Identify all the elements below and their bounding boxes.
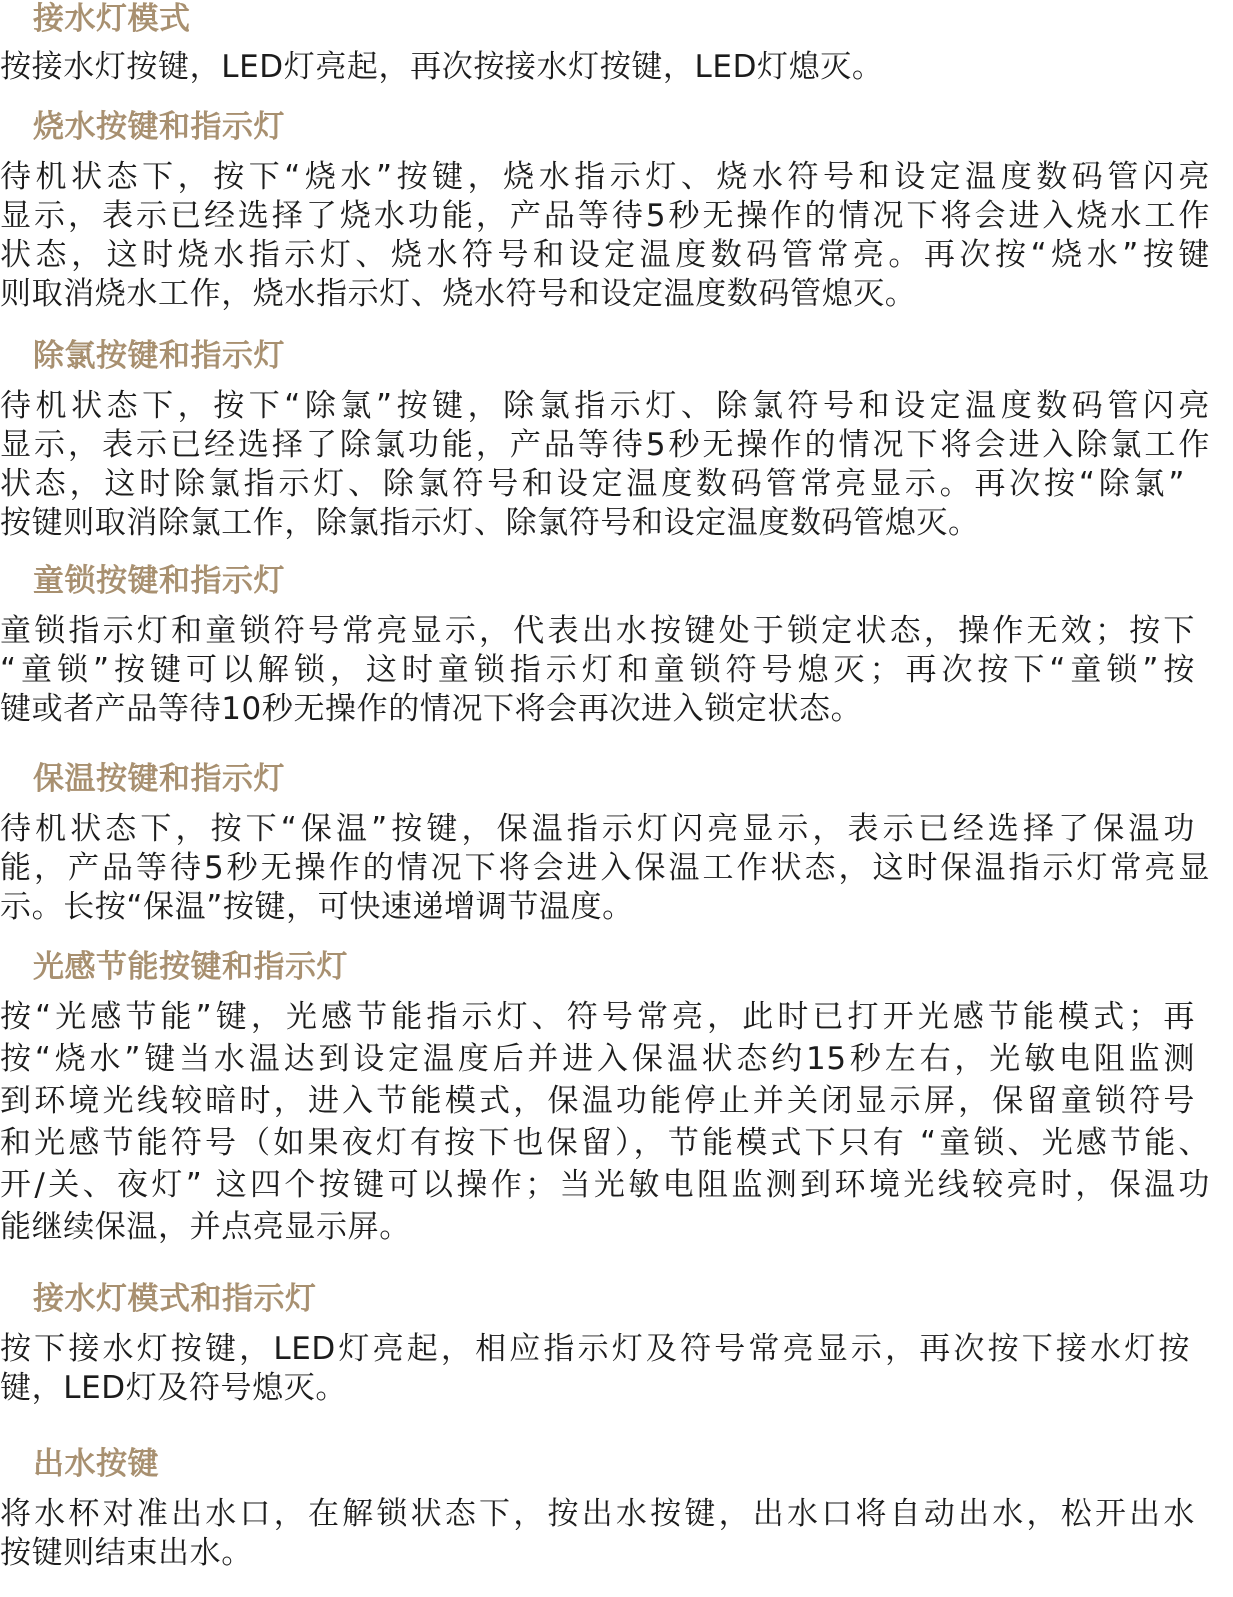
section-body-line: 待机状态下，按下“除氯”按键，除氯指示灯、除氯符号和设定温度数码管闪亮	[0, 387, 1210, 425]
section-body-line: 显示，表示已经选择了烧水功能，产品等待5秒无操作的情况下将会进入烧水工作	[0, 197, 1210, 235]
section-heading-dechlorine-button: 除氯按键和指示灯	[33, 337, 285, 375]
section-heading-water-light-indicator: 接水灯模式和指示灯	[33, 1280, 317, 1318]
section-body-line: 按下接水灯按键，LED灯亮起，相应指示灯及符号常亮显示，再次按下接水灯按	[0, 1330, 1190, 1368]
section-body-line: “童锁”按键可以解锁，这时童锁指示灯和童锁符号熄灭；再次按下“童锁”按	[0, 651, 1195, 689]
section-body-line: 按接水灯按键，LED灯亮起，再次按接水灯按键，LED灯熄灭。	[0, 48, 883, 86]
section-body-line: 开/关、夜灯” 这四个按键可以操作；当光敏电阻监测到环境光线较亮时，保温功	[0, 1166, 1210, 1204]
section-body-line: 则取消烧水工作，烧水指示灯、烧水符号和设定温度数码管熄灭。	[0, 275, 916, 313]
section-body-line: 键，LED灯及符号熄灭。	[0, 1369, 347, 1407]
section-body-line: 状态，这时除氯指示灯、除氯符号和设定温度数码管常亮显示。再次按“除氯”	[0, 465, 1185, 503]
section-body-line: 待机状态下，按下“保温”按键，保温指示灯闪亮显示，表示已经选择了保温功	[0, 810, 1195, 848]
section-heading-water-light-mode: 接水灯模式	[33, 0, 191, 38]
section-body-line: 按“烧水”键当水温达到设定温度后并进入保温状态约15秒左右，光敏电阻监测	[0, 1040, 1195, 1078]
section-heading-keep-warm-button: 保温按键和指示灯	[33, 760, 285, 798]
section-body-line: 到环境光线较暗时，进入节能模式，保温功能停止并关闭显示屏，保留童锁符号	[0, 1082, 1195, 1120]
section-body-line: 按键则结束出水。	[0, 1534, 253, 1572]
section-body-line: 键或者产品等待10秒无操作的情况下将会再次进入锁定状态。	[0, 690, 862, 728]
section-body-line: 和光感节能符号（如果夜灯有按下也保留），节能模式下只有 “童锁、光感节能、	[0, 1124, 1210, 1162]
section-body-line: 状态，这时烧水指示灯、烧水符号和设定温度数码管常亮。再次按“烧水”按键	[0, 236, 1210, 274]
section-body-line: 将水杯对准出水口，在解锁状态下，按出水按键，出水口将自动出水，松开出水	[0, 1495, 1195, 1533]
section-body-line: 能，产品等待5秒无操作的情况下将会进入保温工作状态，这时保温指示灯常亮显	[0, 849, 1210, 887]
section-body-line: 能继续保温，并点亮显示屏。	[0, 1208, 411, 1246]
section-heading-child-lock-button: 童锁按键和指示灯	[33, 562, 285, 600]
section-body-line: 显示，表示已经选择了除氯功能，产品等待5秒无操作的情况下将会进入除氯工作	[0, 426, 1210, 464]
section-body-line: 按键则取消除氯工作，除氯指示灯、除氯符号和设定温度数码管熄灭。	[0, 504, 980, 542]
section-body-line: 按“光感节能”键，光感节能指示灯、符号常亮，此时已打开光感节能模式；再	[0, 998, 1195, 1036]
section-heading-boil-button: 烧水按键和指示灯	[33, 108, 285, 146]
section-body-line: 待机状态下，按下“烧水”按键，烧水指示灯、烧水符号和设定温度数码管闪亮	[0, 158, 1210, 196]
section-body-line: 童锁指示灯和童锁符号常亮显示，代表出水按键处于锁定状态，操作无效；按下	[0, 612, 1195, 650]
section-body-line: 示。长按“保温”按键，可快速递增调节温度。	[0, 888, 634, 926]
section-heading-light-sensor-eco-button: 光感节能按键和指示灯	[33, 948, 348, 986]
section-heading-dispense-button: 出水按键	[33, 1445, 159, 1483]
